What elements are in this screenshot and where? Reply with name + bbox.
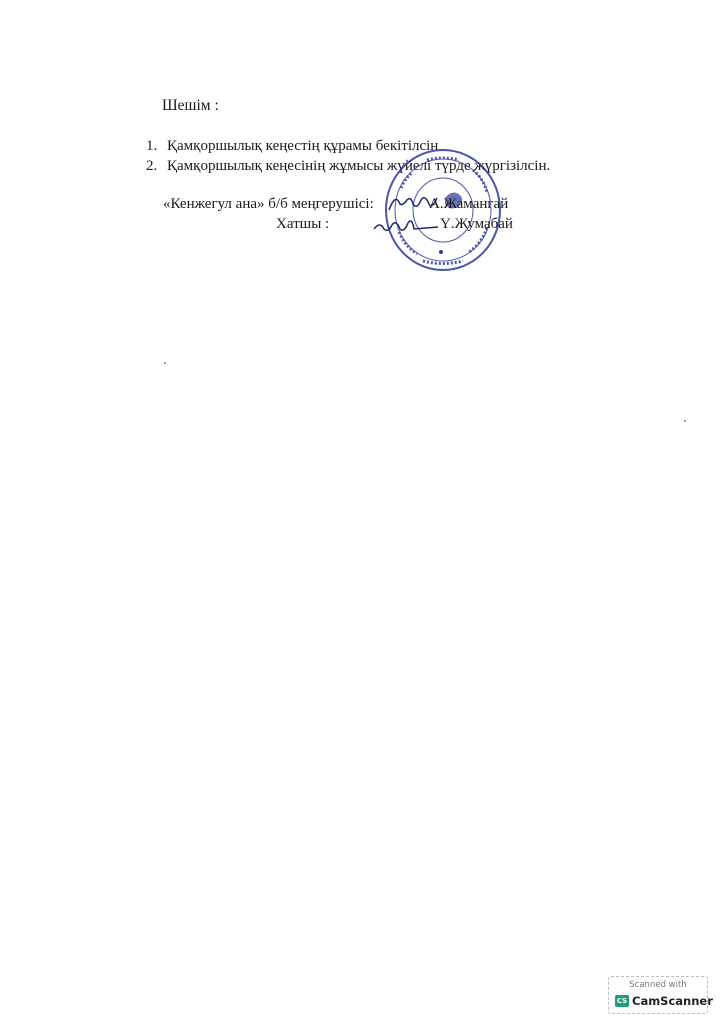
head-signature-label: «Кенжегул ана» б/б меңгерушісі: xyxy=(163,196,374,213)
document-page: Шешім : 1. Қамқоршылық кеңестің құрамы б… xyxy=(0,0,724,1024)
scan-speck xyxy=(164,362,166,364)
camscanner-logo-icon: CS xyxy=(615,995,629,1007)
secretary-signature-icon xyxy=(372,215,442,237)
secretary-signature-label: Хатшы : xyxy=(276,216,329,233)
item-number: 2. xyxy=(146,156,167,176)
secretary-name: Ү.Жумабай xyxy=(440,216,513,233)
watermark-caption: Scanned with xyxy=(609,980,707,990)
item-number: 1. xyxy=(146,136,167,156)
watermark-brand: CamScanner xyxy=(632,994,713,1008)
decision-heading: Шешім : xyxy=(162,97,219,115)
camscanner-watermark: Scanned with CS CamScanner xyxy=(608,976,708,1014)
scan-speck xyxy=(684,420,686,422)
head-name: А.Жамангай xyxy=(429,196,508,213)
